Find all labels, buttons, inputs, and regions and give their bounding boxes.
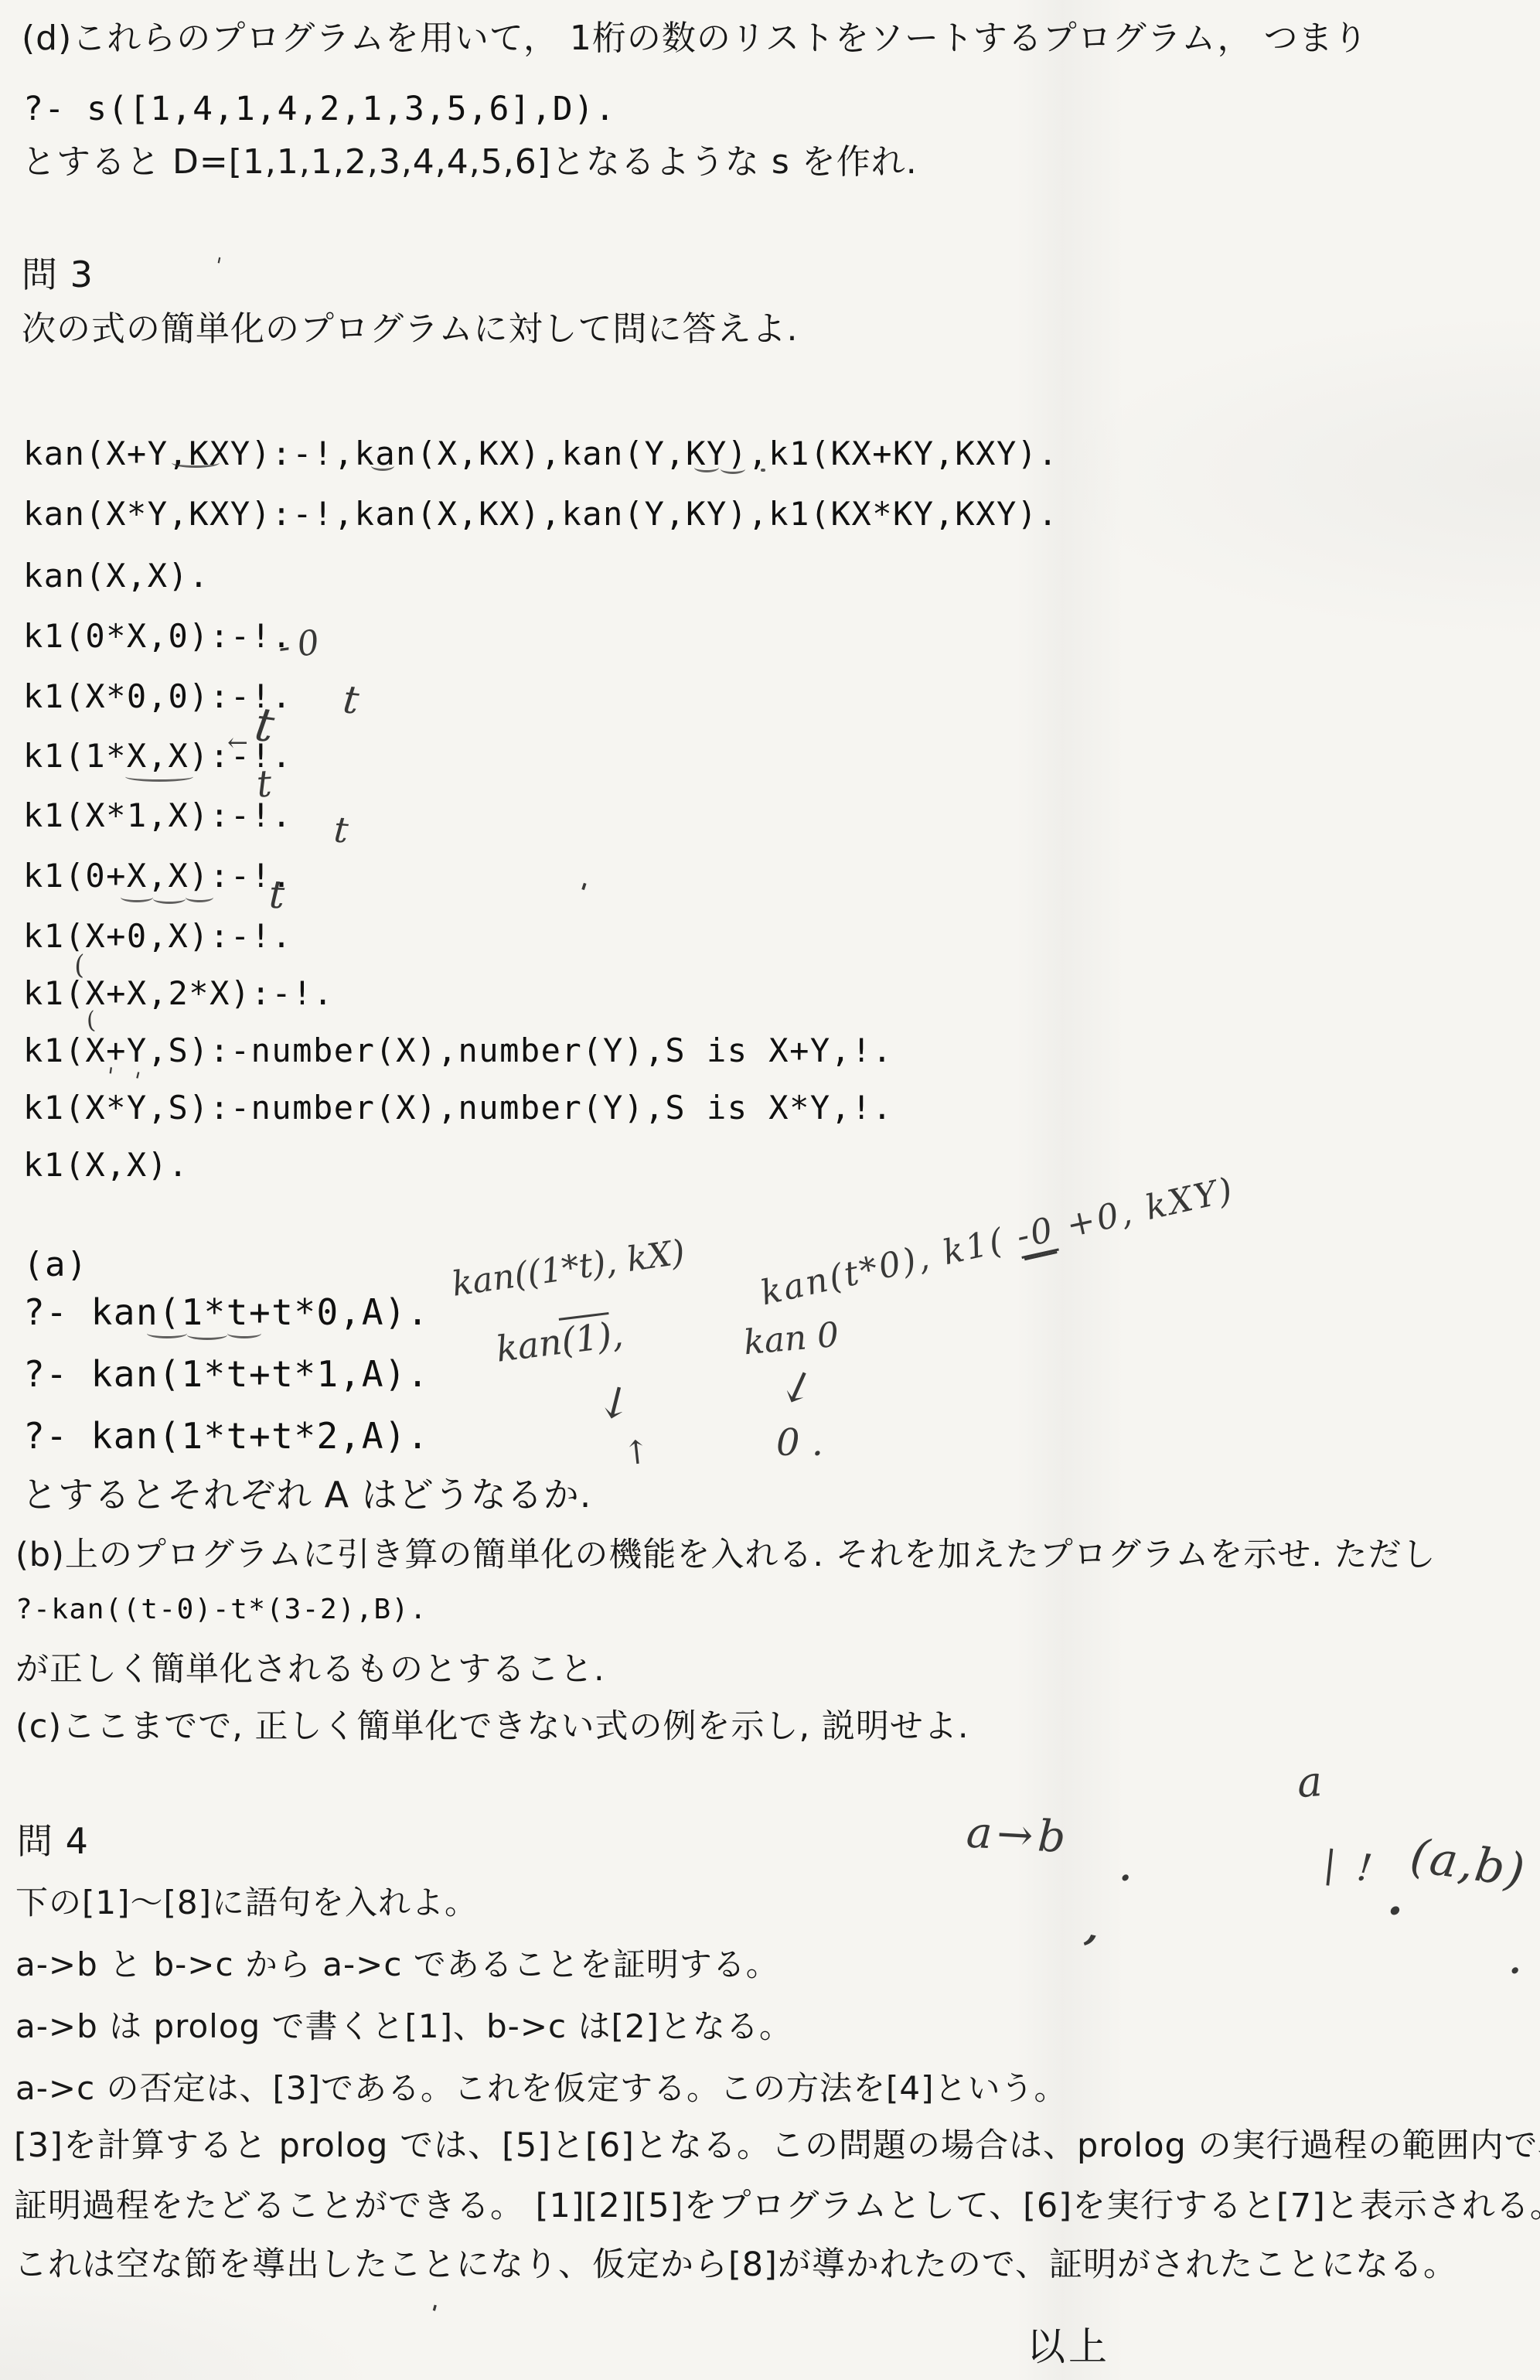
q3-program-line: k1(X*1,X):-!. [23,798,292,834]
hw-underline-kx1 [694,462,719,472]
hw-zero-result: 0 . [776,1424,823,1461]
hw-up-arrow-icon: ↑ [622,1435,652,1470]
hw-stray-tick-q3: ' [213,255,223,278]
section-d-intro: (d)これらのプログラムを用いて， 1桁の数のリストをソートするプログラム， つ… [22,20,1368,57]
q3-program-line: kan(X*Y,KXY):-!,kan(X,KX),kan(Y,KY),k1(K… [23,496,1058,532]
q3b-query: ?-kan((t-0)-t*(3-2),B). [15,1594,428,1625]
hw-note-neg-zero: -0 [276,625,329,665]
hw-paren-mark: ( [83,1009,98,1034]
q3-program-line: kan(X,X). [23,558,210,594]
q3b-intro: (b)上のプログラムに引き算の簡単化の機能を入れる. それを加えたプログラムを示… [15,1537,1436,1574]
hw-underline-q1-1 [147,1328,187,1338]
q4-intro: 下の[1]～[8]に語句を入れよ。 [15,1885,478,1921]
hw-underline-q1-2 [187,1330,227,1340]
section-d-query: ?- s([1,4,1,4,2,1,3,5,6],D). [23,91,616,128]
hw-ab-pair: (a,b) [1408,1833,1529,1894]
hw-kan-1: kan(1), [494,1316,625,1367]
hw-kan-1t: kan((1*t), kX) [450,1236,687,1302]
hw-note-t: t [341,680,360,720]
q4-line: a->c の否定は、[3]である。これを仮定する。この方法を[4]という。 [15,2071,1068,2106]
q3a-query: ?- kan(1*t+t*0,A). [23,1293,430,1332]
hw-underline-kx2 [721,464,745,474]
hw-a-small: a [1296,1761,1324,1804]
q3-program-line: k1(X,X). [23,1147,189,1183]
hw-kan-1-name: kan [494,1321,564,1370]
hw-period-mark: . [1509,1945,1521,1979]
hw-left-arrow-icon: ← [227,730,248,755]
q3a-query: ?- kan(1*t+t*2,A). [23,1417,430,1456]
hw-middot-mark: · [1387,1888,1403,1935]
q3c-text: (c)ここまでで, 正しく簡単化できない式の例を示し, 説明せよ. [15,1709,969,1745]
q3a-outro: とするとそれぞれ A はどうなるか. [22,1475,591,1515]
hw-note-t: t [268,875,285,915]
q3-program-line: k1(X+X,2*X):-!. [23,976,334,1011]
scanned-exam-page: (d)これらのプログラムを用いて， 1桁の数のリストをソートするプログラム， つ… [0,0,1540,2380]
q3b-outro: が正しく簡単化されるものとすること. [15,1652,605,1688]
hw-note-t: t [255,765,273,803]
q4-line: [3]を計算すると prolog では、[5]と[6]となる。この問題の場合は、… [14,2128,1540,2164]
hw-comma-mark: , [1083,1909,1103,1948]
hw-kan-1-arg: (1) [559,1312,615,1362]
q4-line: a->b は prolog で書くと[1]、b->c は[2]となる。 [15,2009,792,2044]
hw-note-t: t [332,811,349,847]
q4-line: これは空な節を導出したことになり、仮定から[8]が導かれたので、証明がされたこと… [14,2247,1457,2283]
hw-period-mark: . [1119,1853,1131,1887]
q3a-query: ?- kan(1*t+t*1,A). [23,1355,430,1394]
q3a-label: (a) [23,1246,88,1284]
hw-underline-0x-3 [186,892,213,902]
hw-underline-xy [172,458,220,468]
q4-heading: 問 4 [17,1822,89,1861]
hw-stray-tick-code: ' [574,879,589,905]
hw-bang-marks: | ! [1322,1846,1378,1888]
hw-kan-t0-pre: kan(t*0), k1( [757,1218,1021,1313]
section-d-result: とすると D=[1,1,1,2,3,4,4,5,6]となるような s を作れ. [22,144,918,181]
hw-down-arrow-icon: ↓ [772,1362,823,1416]
hw-underline-0x-2 [153,894,186,904]
hw-stray-tick-bottom: ' [428,2302,440,2324]
hw-underline-x [371,461,394,471]
q3-heading: 問 3 [22,255,94,295]
hw-underline-0x-1 [121,892,153,902]
hw-underline-q1-3 [227,1328,261,1338]
q3-program-line: k1(X+0,X):-!. [23,919,292,954]
q4-line: 証明過程をたどることができる。 [1][2][5]をプログラムとして、[6]を実… [14,2188,1540,2225]
q4-line: a->b と b->c から a->c であることを証明する。 [15,1947,779,1983]
q3-program-line: k1(X*0,0):-!. [23,679,292,714]
q3-program-line: k1(X+Y,S):-number(X),number(Y),S is X+Y,… [23,1033,893,1069]
q3-program-line: k1(0*X,0):-!. [23,619,292,654]
hw-down-arrow-icon: ↓ [592,1379,638,1430]
hw-a-implies-b: a→b [966,1812,1072,1860]
hw-kan-t0-post: +0, kXY) [1050,1170,1238,1248]
hw-kan-0: kan 0 [742,1318,840,1361]
q3-program-line: k1(0+X,X):-!. [23,858,292,894]
hw-dot [761,469,765,472]
hw-underline-1x [125,772,193,782]
q3-program-line: k1(X*Y,S):-number(X),number(Y),S is X*Y,… [23,1090,893,1126]
closing-ijou: 以上 [1027,2326,1110,2368]
hw-kan-t0: kan(t*0), k1( -0 +0, kXY) [758,1173,1238,1311]
q3-intro: 次の式の簡単化のプログラムに対して問に答えよ. [22,311,799,348]
